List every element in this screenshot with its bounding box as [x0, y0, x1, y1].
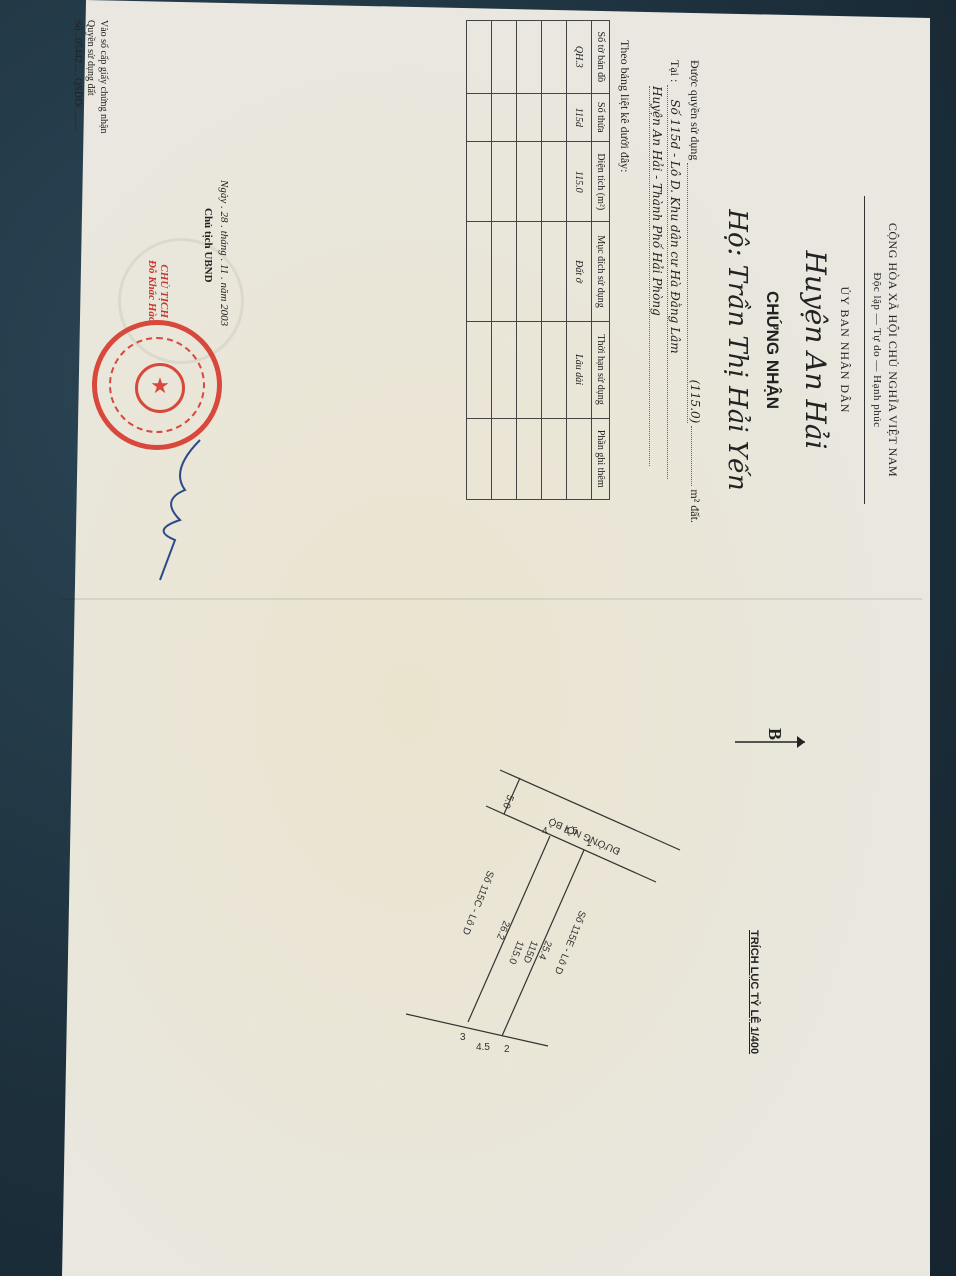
neighbor-north: Số 115E - Lô D [552, 909, 588, 976]
district-name: Huyện An Hải [799, 180, 832, 520]
cell [567, 418, 592, 499]
cell: Đất ở [567, 222, 592, 321]
header-rule [864, 196, 865, 504]
motto: Độc lập — Tự do — Hạnh phúc [871, 180, 883, 520]
table-row [517, 21, 542, 500]
holder-name: Hộ: Trần Thị Hải Yến [722, 150, 752, 550]
cell: 115.0 [567, 142, 592, 222]
neighbor-south: Số 115C - Lô D [460, 869, 497, 937]
location-line2: Huyện An Hải - Thành Phố Hải Phòng [649, 86, 664, 466]
fold-line [62, 598, 922, 600]
table-row: QH.3 115d 115.0 Đất ở Lâu dài [567, 21, 592, 500]
location-line-2: Huyện An Hải - Thành Phố Hải Phòng [649, 86, 664, 466]
vertex-3: 3 [460, 1032, 466, 1043]
vertex-4: 4 [542, 826, 548, 837]
registration-number: Số ..05442..... QSDĐ/ ........ [71, 20, 84, 133]
col-term: Thời hạn sử dụng [592, 321, 610, 418]
col-area: Diện tích (m²) [592, 142, 610, 222]
north-label: B [765, 728, 785, 740]
vertex-1: 1 [586, 838, 592, 849]
star-emblem-icon: ★ [135, 363, 185, 413]
col-notes: Phần ghi thêm [592, 418, 610, 499]
road-width: 5.0 [500, 793, 516, 810]
edge-side-b: 26.2 [494, 919, 512, 942]
north-arrow-icon: B [735, 720, 805, 750]
table-row [542, 21, 567, 500]
registration-block: Vào sổ cấp giấy chứng nhận Quyền sử dụng… [71, 20, 110, 133]
national-header: CỘNG HÒA XÃ HỘI CHỦ NGHĨA VIỆT NAM Độc l… [864, 180, 900, 520]
col-map-sheet: Số tờ bản đồ [592, 21, 610, 94]
table-row [492, 21, 517, 500]
location-line1: Số 115d - Lô D. Khu dân cư Hà Đằng Lâm [667, 85, 682, 479]
area-line: Được quyền sử dụng (115.0) m² đất. [687, 60, 702, 523]
committee-label: ỦY BAN NHÂN DÂN [837, 180, 852, 520]
table-header-row: Số tờ bản đồ Số thửa Diện tích (m²) Mục … [592, 21, 610, 500]
col-parcel-no: Số thửa [592, 93, 610, 141]
cell: Lâu dài [567, 321, 592, 418]
cell: 115d [567, 93, 592, 141]
edge-back: 4.5 [476, 1042, 490, 1053]
area-label: Được quyền sử dụng [688, 60, 702, 160]
certificate-title: CHỨNG NHẬN [762, 180, 782, 520]
vertex-2: 2 [504, 1044, 510, 1055]
parcel-area: 115.0 [506, 939, 525, 966]
map-scale-title: TRÍCH LỤC TỶ LỆ 1/400 [748, 930, 760, 1054]
table-intro: Theo bảng liệt kê dưới đây: [617, 40, 632, 172]
parcel-table: Số tờ bản đồ Số thửa Diện tích (m²) Mục … [466, 20, 610, 500]
road-label: ĐƯỜNG NỘI BỘ [546, 815, 622, 858]
registration-line1: Vào sổ cấp giấy chứng nhận [97, 20, 110, 133]
table-row [467, 21, 492, 500]
col-purpose: Mục đích sử dụng [592, 222, 610, 321]
cell: QH.3 [567, 21, 592, 94]
signature-icon [130, 430, 220, 590]
country-name: CỘNG HÒA XÃ HỘI CHỦ NGHĨA VIỆT NAM [885, 180, 900, 520]
registration-line2: Quyền sử dụng đất [84, 20, 97, 133]
location-line: Tại : Số 115d - Lô D. Khu dân cư Hà Đằng… [667, 60, 682, 479]
area-unit: m² đất. [688, 489, 702, 523]
edge-front: 4.5 [564, 826, 578, 837]
area-value: (115.0) [687, 163, 702, 423]
location-label: Tại : [668, 60, 682, 82]
